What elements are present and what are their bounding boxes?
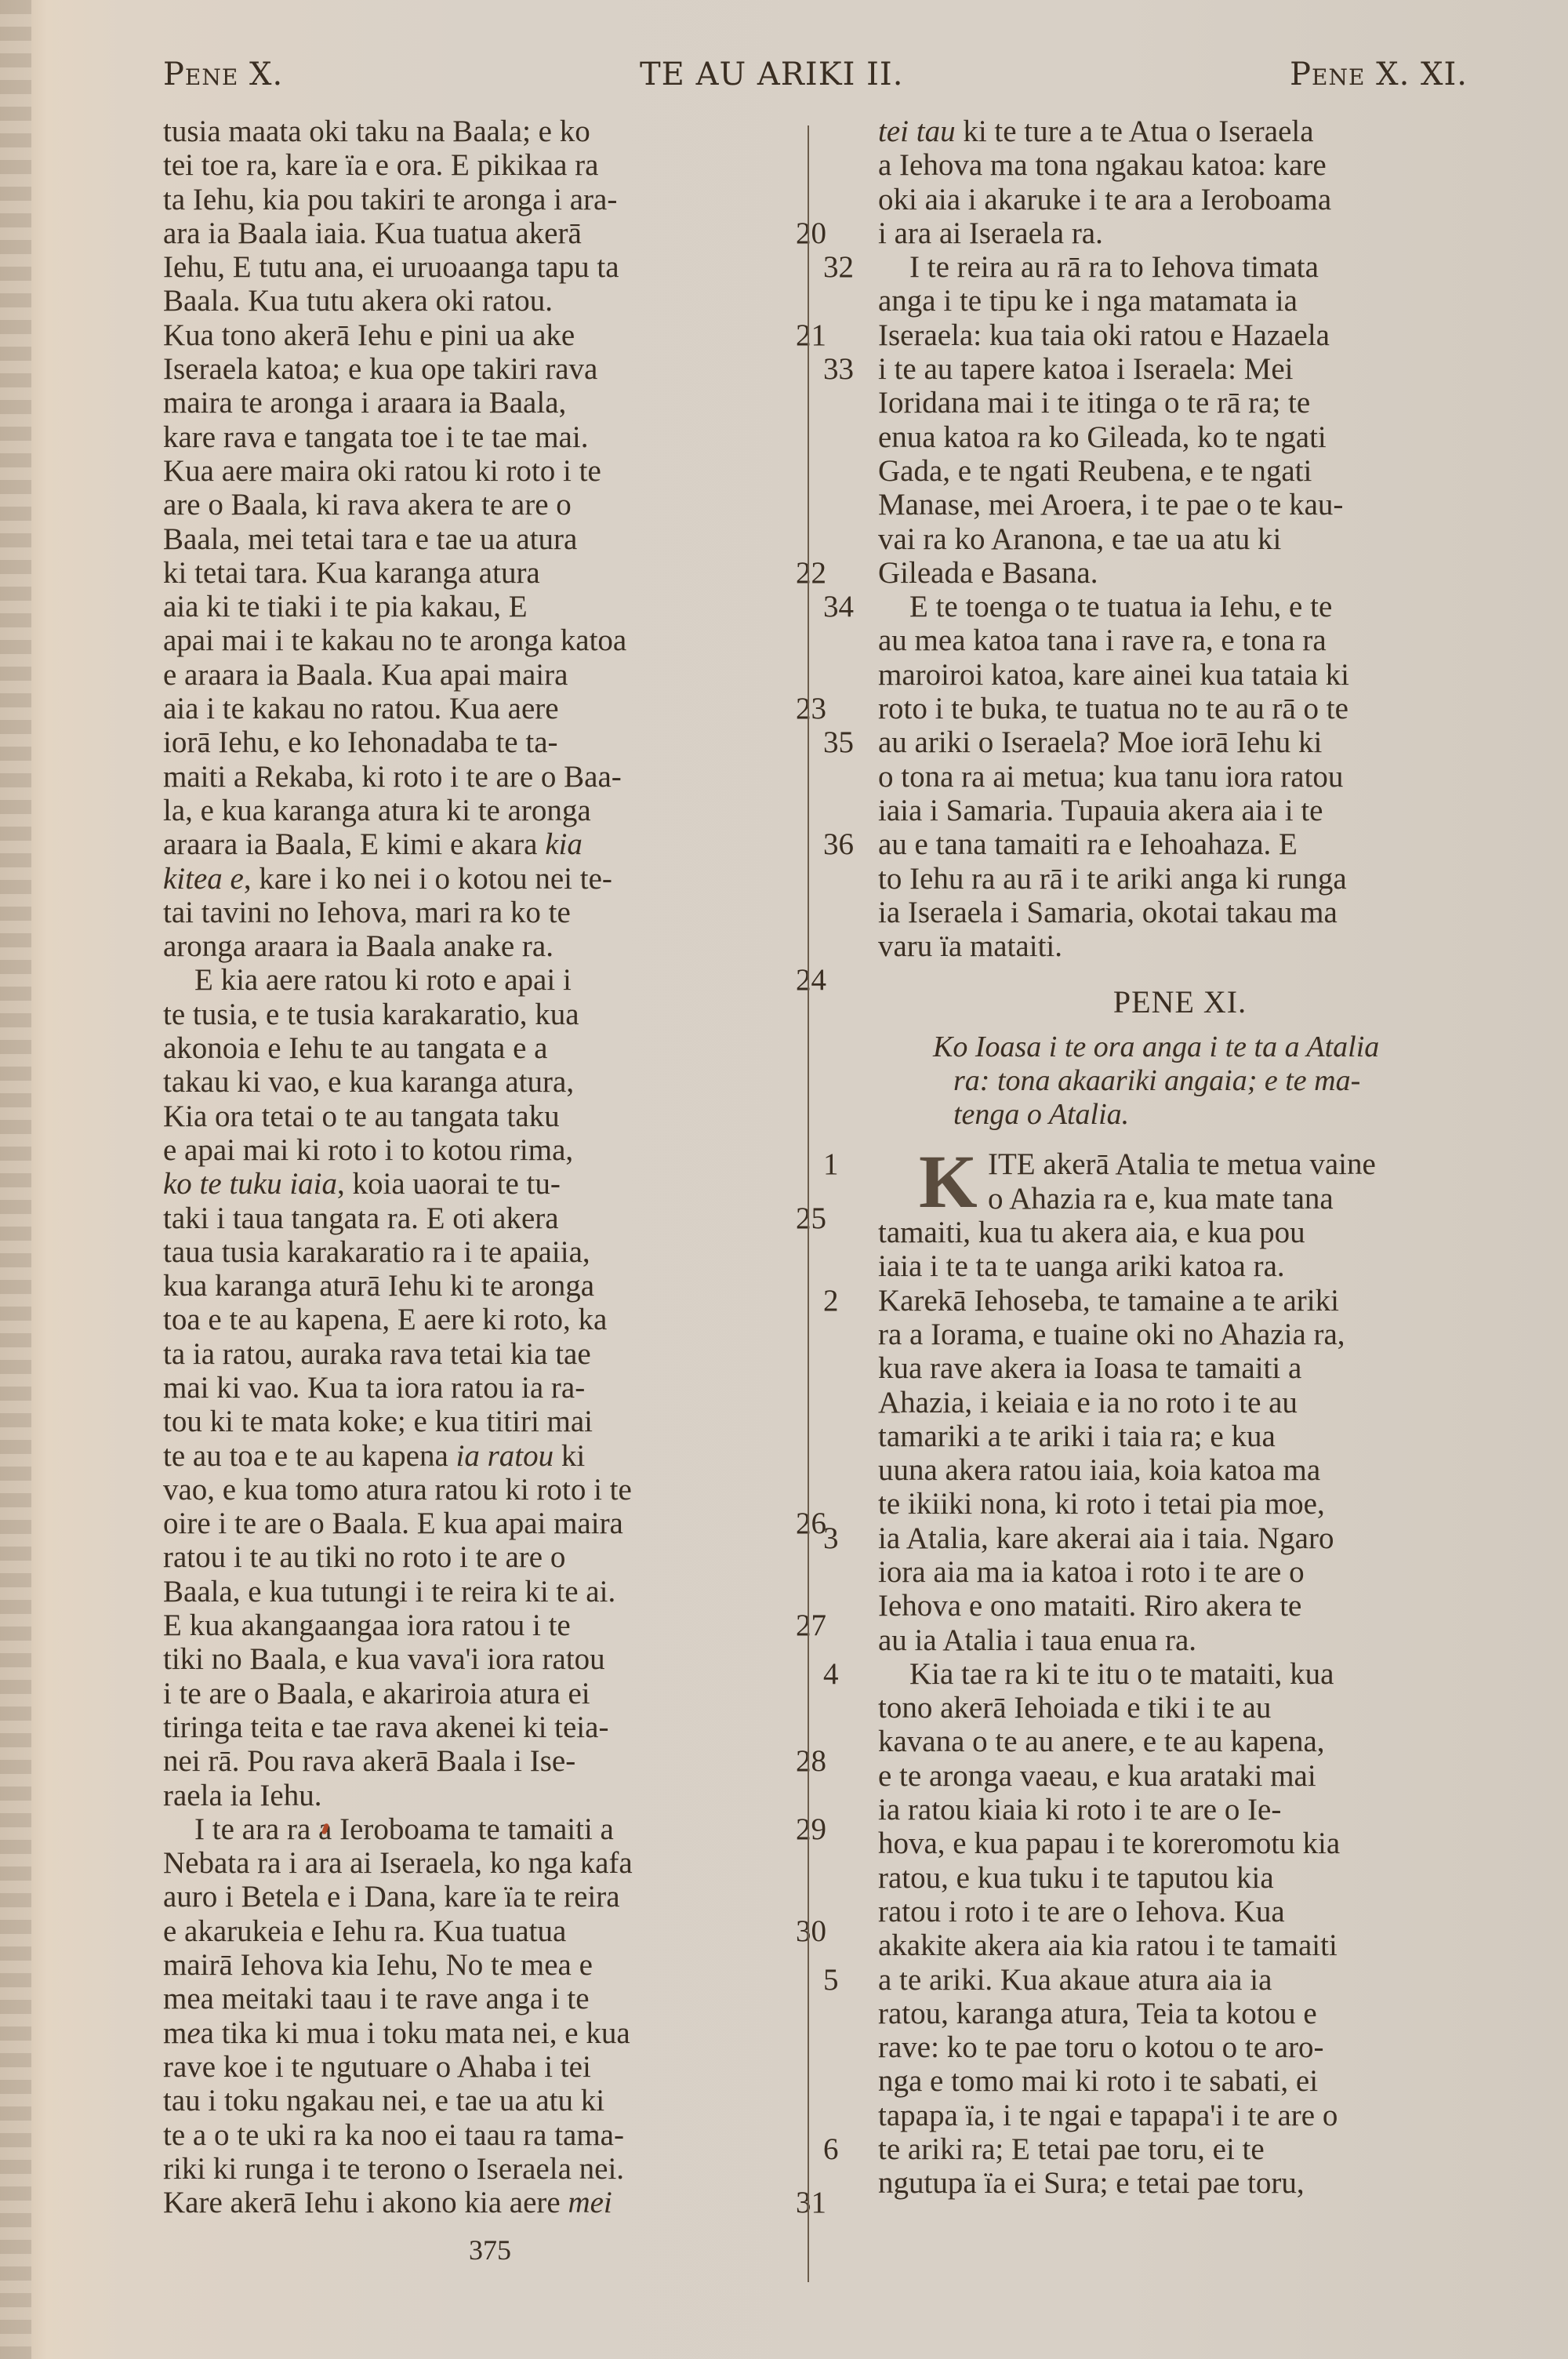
line-text: au ariki o Iseraela? Moe iorā Iehu ki — [878, 725, 1322, 759]
line-text: Gada, e te ngati Reubena, e te ngati — [878, 454, 1312, 488]
text-line: kua rave akera ia Ioasa te tamaiti a — [878, 1351, 1482, 1385]
text-line: mea meitaki taau i te rave anga i te — [163, 1982, 775, 2016]
line-text: i te au tapere katoa i Iseraela: Mei — [878, 352, 1293, 386]
line-text: nei rā. Pou rava akerā Baala i Ise- — [163, 1744, 575, 1778]
line-text: ta ia ratou, auraka rava tetai kia tae — [163, 1337, 591, 1371]
text-line: uuna akera ratou iaia, koia katoa ma — [878, 1453, 1482, 1487]
verse-number: 34 — [823, 590, 854, 623]
line-text: vao, e kua tomo atura ratou ki roto i te — [163, 1473, 632, 1507]
line-text: te ikiiki nona, ki roto i tetai pia moe, — [878, 1487, 1325, 1521]
text-line: ITE akerā Atalia te metua vaine1 — [878, 1147, 1482, 1181]
verse-number: 29 — [796, 1812, 826, 1846]
line-text: anga i te tipu ke i nga matamata ia — [878, 284, 1298, 318]
text-line: Gileada e Basana. — [878, 556, 1482, 590]
line-text: mai ki vao. Kua ta iora ratou ia ra- — [163, 1371, 585, 1405]
book-page: Pene X. TE AU ARIKI II. Pene X. XI. tusi… — [0, 0, 1568, 2359]
text-line: ko te tuku iaia, koia uaorai te tu- — [163, 1167, 775, 1201]
text-line: auro i Betela e i Dana, kare ïa te reira — [163, 1880, 775, 1914]
text-line: la, e kua karanga atura ki te aronga — [163, 794, 775, 827]
line-text: tapapa ïa, i te ngai e tapapa'i i te are… — [878, 2099, 1338, 2132]
text-line: Kare akerā Iehu i akono kia aere mei31 — [163, 2186, 775, 2219]
line-text: e araara ia Baala. Kua apai maira — [163, 658, 568, 692]
line-text: iora aia ma ia katoa i roto i te are o — [878, 1555, 1305, 1589]
line-text: akonoia e Iehu te au tangata e a — [163, 1031, 548, 1065]
line-text: ratou, e kua tuku i te taputou kia — [878, 1861, 1274, 1895]
summary-line: tenga o Atalia. — [933, 1098, 1482, 1132]
line-text: e akarukeia e Iehu ra. Kua tuatua — [163, 1914, 566, 1948]
line-text: Karekā Iehoseba, te tamaine a te ariki — [878, 1284, 1339, 1318]
line-text: rave: ko te pae toru o kotou o te aro- — [878, 2030, 1324, 2064]
text-line: tei toe ra, kare ïa e ora. E pikikaa ra — [163, 148, 775, 182]
text-line: e apai mai ki roto i to kotou rima, — [163, 1133, 775, 1167]
line-text: nga e tomo mai ki roto i te sabati, ei — [878, 2064, 1318, 2098]
line-text: tono akerā Iehoiada e tiki i te au — [878, 1691, 1271, 1725]
text-line: Ahazia, i keiaia e ia no roto i te au — [878, 1386, 1482, 1419]
line-text: la, e kua karanga atura ki te aronga — [163, 794, 591, 827]
text-line: i te au tapere katoa i Iseraela: Mei33 — [878, 352, 1482, 386]
text-line: kavana o te au anere, e te au kapena, — [878, 1725, 1482, 1758]
verse-number: 2 — [823, 1284, 839, 1318]
line-text: te ariki ra; E tetai pae toru, ei te — [878, 2132, 1265, 2166]
verse-number: 33 — [823, 352, 854, 386]
text-line: ratou i te au tiki no roto i te are o — [163, 1540, 775, 1574]
text-line: tusia maata oki taku na Baala; e ko — [163, 114, 775, 148]
text-line: Baala. Kua tutu akera oki ratou. — [163, 284, 775, 318]
line-text: mea tika ki mua i toku mata nei, e kua — [163, 2016, 630, 2050]
text-line: Karekā Iehoseba, te tamaine a te ariki2 — [878, 1284, 1482, 1318]
text-line: tamaiti, kua tu akera aia, e kua pou — [878, 1216, 1482, 1249]
text-line: E te toenga o te tuatua ia Iehu, e te34 — [878, 590, 1482, 623]
text-line: Nebata ra i ara ai Iseraela, ko nga kafa — [163, 1846, 775, 1880]
text-line: Iseraela: kua taia oki ratou e Hazaela — [878, 318, 1482, 352]
text-line: Kua aere maira oki ratou ki roto i te — [163, 454, 775, 488]
text-line: kitea e, kare i ko nei i o kotou nei te- — [163, 862, 775, 896]
text-line: Iehova e ono mataiti. Riro akera te — [878, 1589, 1482, 1623]
line-text: Ahazia, i keiaia e ia no roto i te au — [878, 1386, 1298, 1419]
text-line: aia i te kakau no ratou. Kua aere23 — [163, 692, 775, 725]
text-line: I te ara ra a Ieroboama te tamaiti a29 — [163, 1812, 775, 1846]
text-line: I te reira au rā ra to Iehova timata32 — [878, 250, 1482, 284]
text-line: te ikiiki nona, ki roto i tetai pia moe, — [878, 1487, 1482, 1521]
text-line: kua karanga aturā Iehu ki te aronga — [163, 1269, 775, 1303]
line-text: auro i Betela e i Dana, kare ïa te reira — [163, 1880, 620, 1914]
text-line: akakite akera aia kia ratou i te tamaiti — [878, 1928, 1482, 1962]
line-text: au mea katoa tana i rave ra, e tona ra — [878, 623, 1327, 657]
line-text: tai tavini no Iehova, mari ra ko te — [163, 896, 571, 929]
chapter-10-end: tei tau ki te ture a te Atua o Iseraelaa… — [878, 114, 1482, 963]
line-text: oki aia i akaruke i te ara a Ieroboama — [878, 183, 1331, 216]
text-line: kare rava e tangata toe i te tae mai. — [163, 420, 775, 454]
line-text: Iehu, E tutu ana, ei uruoaanga tapu ta — [163, 250, 619, 284]
text-line: tapapa ïa, i te ngai e tapapa'i i te are… — [878, 2099, 1482, 2132]
text-line: tai tavini no Iehova, mari ra ko te — [163, 896, 775, 929]
text-line: vai ra ko Aranona, e tae ua atu ki — [878, 522, 1482, 556]
line-text: Iehova e ono mataiti. Riro akera te — [878, 1589, 1301, 1623]
line-text: ta Iehu, kia pou takiri te aronga i ara- — [163, 183, 617, 216]
verse-number: 3 — [823, 1521, 839, 1555]
text-line: oki aia i akaruke i te ara a Ieroboama — [878, 183, 1482, 216]
line-text: ia ratou kiaia ki roto i te are o Ie- — [878, 1793, 1281, 1826]
line-text: taki i taua tangata ra. E oti akera — [163, 1201, 559, 1235]
line-text: E te toenga o te tuatua ia Iehu, e te — [909, 590, 1332, 623]
column-divider-rule — [808, 125, 809, 2282]
running-head-right: Pene X. XI. — [1290, 56, 1468, 93]
verse-number: 35 — [823, 725, 854, 759]
line-text: Baala, mei tetai tara e tae ua atura — [163, 522, 577, 556]
line-text: uuna akera ratou iaia, koia katoa ma — [878, 1453, 1320, 1487]
text-line: ia Iseraela i Samaria, okotai takau ma — [878, 896, 1482, 929]
line-text: a te ariki. Kua akaue atura aia ia — [878, 1963, 1272, 1997]
text-line: a Iehova ma tona ngakau katoa: kare — [878, 148, 1482, 182]
text-line: maroiroi katoa, kare ainei kua tataia ki — [878, 658, 1482, 692]
line-text: maroiroi katoa, kare ainei kua tataia ki — [878, 658, 1349, 692]
line-text: ngutupa ïa ei Sura; e tetai pae toru, — [878, 2166, 1305, 2200]
text-line: au ariki o Iseraela? Moe iorā Iehu ki35 — [878, 725, 1482, 759]
text-line: o tona ra ai metua; kua tanu iora ratou — [878, 760, 1482, 794]
text-line: ta Iehu, kia pou takiri te aronga i ara- — [163, 183, 775, 216]
verse-number: 6 — [823, 2132, 839, 2166]
line-text: te tusia, e te tusia karakaratio, kua — [163, 998, 579, 1031]
page-number: 375 — [469, 2234, 511, 2266]
line-text: Iseraela: kua taia oki ratou e Hazaela — [878, 318, 1330, 352]
chapter-title: PENE XI. — [878, 980, 1482, 1024]
line-text: mea meitaki taau i te rave anga i te — [163, 1982, 590, 2016]
line-text: rave koe i te ngutuare o Ahaba i tei — [163, 2050, 591, 2084]
line-text: o Ahazia ra e, kua mate tana — [988, 1182, 1334, 1216]
line-text: au e tana tamaiti ra e Iehoahaza. E — [878, 827, 1298, 861]
text-line: au e tana tamaiti ra e Iehoahaza. E36 — [878, 827, 1482, 861]
text-line: aronga araara ia Baala anake ra. — [163, 929, 775, 963]
text-line: i te are o Baala, e akariroia atura ei — [163, 1677, 775, 1710]
chapter-11-start: K ITE akerā Atalia te metua vaine1o Ahaz… — [878, 1147, 1482, 2200]
line-text: tau i toku ngakau nei, e tae ua atu ki — [163, 2084, 604, 2117]
text-line: iaia i Samaria. Tupauia akera aia i te — [878, 794, 1482, 827]
verse-number: 28 — [796, 1744, 826, 1778]
text-line: mea tika ki mua i toku mata nei, e kua — [163, 2016, 775, 2050]
line-text: tiringa teita e tae rava akenei ki teia- — [163, 1710, 608, 1744]
text-line: mai ki vao. Kua ta iora ratou ia ra- — [163, 1371, 775, 1405]
text-line: riki ki runga i te terono o Iseraela nei… — [163, 2152, 775, 2186]
line-text: a Iehova ma tona ngakau katoa: kare — [878, 148, 1327, 182]
text-line: taua tusia karakaratio ra i te apaiia, — [163, 1235, 775, 1269]
line-text: Ioridana mai i te itinga o te rā ra; te — [878, 386, 1310, 420]
text-line: e te aronga vaeau, e kua arataki mai — [878, 1759, 1482, 1793]
text-line: i ara ai Iseraela ra. — [878, 216, 1482, 250]
line-text: ITE akerā Atalia te metua vaine — [988, 1147, 1376, 1181]
verse-number: 5 — [823, 1963, 839, 1997]
text-line: ara ia Baala iaia. Kua tuatua akerā20 — [163, 216, 775, 250]
text-line: ratou, e kua tuku i te taputou kia — [878, 1861, 1482, 1895]
line-text: ra a Iorama, e tuaine oki no Ahazia ra, — [878, 1318, 1345, 1351]
line-text: tusia maata oki taku na Baala; e ko — [163, 114, 590, 148]
text-line: Iseraela katoa; e kua ope takiri rava — [163, 352, 775, 386]
text-line: roto i te buka, te tuatua no te au rā o … — [878, 692, 1482, 725]
line-text: mairā Iehova kia Iehu, No te mea e — [163, 1948, 593, 1982]
line-text: tiki no Baala, e kua vava'i iora ratou — [163, 1642, 605, 1676]
text-line: hova, e kua papau i te koreromotu kia — [878, 1826, 1482, 1860]
line-text: kavana o te au anere, e te au kapena, — [878, 1725, 1325, 1758]
line-text: ara ia Baala iaia. Kua tuatua akerā — [163, 216, 582, 250]
chapter-summary: Ko Ioasa i te ora anga i te ta a Ataliar… — [878, 1030, 1482, 1132]
line-text: te a o te uki ra ka noo ei taau ra tama- — [163, 2118, 624, 2152]
line-text: kua karanga aturā Iehu ki te aronga — [163, 1269, 594, 1303]
text-line: anga i te tipu ke i nga matamata ia — [878, 284, 1482, 318]
text-line: rave: ko te pae toru o kotou o te aro- — [878, 2030, 1482, 2064]
verse-number: 36 — [823, 827, 854, 861]
line-text: I te reira au rā ra to Iehova timata — [909, 250, 1319, 284]
verse-number: 23 — [796, 692, 826, 725]
line-text: aronga araara ia Baala anake ra. — [163, 929, 554, 963]
text-line: te tusia, e te tusia karakaratio, kua — [163, 998, 775, 1031]
text-line: raela ia Iehu. — [163, 1779, 775, 1812]
verse-number: 32 — [823, 250, 854, 284]
line-text: Kare akerā Iehu i akono kia aere mei — [163, 2186, 612, 2219]
text-line: ratou i roto i te are o Iehova. Kua — [878, 1895, 1482, 1928]
line-text: I te ara ra a Ieroboama te tamaiti a — [194, 1812, 614, 1846]
verse-number: 1 — [823, 1147, 839, 1181]
line-text: Manase, mei Aroera, i te pae o te kau- — [878, 488, 1343, 522]
line-text: Baala. Kua tutu akera oki ratou. — [163, 284, 553, 318]
line-text: i te are o Baala, e akariroia atura ei — [163, 1677, 590, 1710]
line-text: roto i te buka, te tuatua no te au rā o … — [878, 692, 1348, 725]
verse-number: 4 — [823, 1657, 839, 1691]
line-text: ratou i te au tiki no roto i te are o — [163, 1540, 565, 1574]
running-head-title: TE AU ARIKI II. — [640, 56, 903, 93]
text-line: o Ahazia ra e, kua mate tana — [878, 1182, 1482, 1216]
verse-number: 25 — [796, 1201, 826, 1235]
text-line: tiringa teita e tae rava akenei ki teia- — [163, 1710, 775, 1744]
text-line: rave koe i te ngutuare o Ahaba i tei — [163, 2050, 775, 2084]
text-line: oire i te are o Baala. E kua apai maira2… — [163, 1507, 775, 1540]
summary-line: ra: tona akaariki angaia; e te ma- — [933, 1064, 1482, 1098]
text-line: iaia i te ta te uanga ariki katoa ra. — [878, 1249, 1482, 1283]
line-text: tei tau ki te ture a te Atua o Iseraela — [878, 114, 1314, 148]
line-text: taua tusia karakaratio ra i te apaiia, — [163, 1235, 590, 1269]
line-text: E kia aere ratou ki roto e apai i — [194, 963, 572, 997]
text-line: vao, e kua tomo atura ratou ki roto i te — [163, 1473, 775, 1507]
text-line: enua katoa ra ko Gileada, ko te ngati — [878, 420, 1482, 454]
right-column: tei tau ki te ture a te Atua o Iseraelaa… — [878, 114, 1482, 2201]
text-line: Baala, e kua tutungi i te reira ki te ai… — [163, 1575, 775, 1608]
text-line: nga e tomo mai ki roto i te sabati, ei — [878, 2064, 1482, 2098]
line-text: vai ra ko Aranona, e tae ua atu ki — [878, 522, 1281, 556]
line-text: ratou, karanga atura, Teia ta kotou e — [878, 1997, 1317, 2030]
text-line: E kua akangaangaa iora ratou i te27 — [163, 1608, 775, 1642]
text-line: ngutupa ïa ei Sura; e tetai pae toru, — [878, 2166, 1482, 2200]
line-text: aia i te kakau no ratou. Kua aere — [163, 692, 559, 725]
text-line: tau i toku ngakau nei, e tae ua atu ki — [163, 2084, 775, 2117]
line-text: hova, e kua papau i te koreromotu kia — [878, 1826, 1340, 1860]
line-text: iaia i Samaria. Tupauia akera aia i te — [878, 794, 1323, 827]
text-line: Kia tae ra ki te itu o te mataiti, kua4 — [878, 1657, 1482, 1691]
text-line: Ioridana mai i te itinga o te rā ra; te — [878, 386, 1482, 420]
line-text: te au toa e te au kapena ia ratou ki — [163, 1439, 585, 1473]
text-line: e akarukeia e Iehu ra. Kua tuatua30 — [163, 1914, 775, 1948]
text-line: tiki no Baala, e kua vava'i iora ratou — [163, 1642, 775, 1676]
line-text: Kua aere maira oki ratou ki roto i te — [163, 454, 601, 488]
text-line: au mea katoa tana i rave ra, e tona ra — [878, 623, 1482, 657]
line-text: ratou i roto i te are o Iehova. Kua — [878, 1895, 1285, 1928]
text-line: E kia aere ratou ki roto e apai i24 — [163, 963, 775, 997]
line-text: iorā Iehu, e ko Iehonadaba te ta- — [163, 725, 558, 759]
line-text: ko te tuku iaia, koia uaorai te tu- — [163, 1167, 561, 1201]
text-line: ta ia ratou, auraka rava tetai kia tae — [163, 1337, 775, 1371]
line-text: au ia Atalia i taua enua ra. — [878, 1623, 1196, 1657]
text-line: taki i taua tangata ra. E oti akera25 — [163, 1201, 775, 1235]
text-line: are o Baala, ki rava akera te are o — [163, 488, 775, 522]
line-text: aia ki te tiaki i te pia kakau, E — [163, 590, 528, 623]
text-line: to Iehu ra au rā i te ariki anga ki rung… — [878, 862, 1482, 896]
line-text: araara ia Baala, E kimi e akara kia — [163, 827, 583, 861]
text-line: nei rā. Pou rava akerā Baala i Ise-28 — [163, 1744, 775, 1778]
text-line: Manase, mei Aroera, i te pae o te kau- — [878, 488, 1482, 522]
text-line: takau ki vao, e kua karanga atura, — [163, 1065, 775, 1099]
text-line: te au toa e te au kapena ia ratou ki — [163, 1439, 775, 1473]
text-line: Kia ora tetai o te au tangata taku — [163, 1100, 775, 1133]
text-line: maira te aronga i araara ia Baala, — [163, 386, 775, 420]
verse-number: 30 — [796, 1914, 826, 1948]
line-text: o tona ra ai metua; kua tanu iora ratou — [878, 760, 1343, 794]
line-text: ia Atalia, kare akerai aia i taia. Ngaro — [878, 1521, 1334, 1555]
line-text: tamariki a te ariki i taia ra; e kua — [878, 1419, 1276, 1453]
line-text: ia Iseraela i Samaria, okotai takau ma — [878, 896, 1338, 929]
line-text: Iseraela katoa; e kua ope takiri rava — [163, 352, 597, 386]
verse-number: 21 — [796, 318, 826, 352]
text-line: tono akerā Iehoiada e tiki i te au — [878, 1691, 1482, 1725]
line-text: toa e te au kapena, E aere ki roto, ka — [163, 1303, 607, 1336]
verse-number: 26 — [796, 1507, 826, 1540]
running-head-left: Pene X. — [163, 56, 283, 93]
line-text: kare rava e tangata toe i te tae mai. — [163, 420, 588, 454]
line-text: riki ki runga i te terono o Iseraela nei… — [163, 2152, 624, 2186]
text-line: toa e te au kapena, E aere ki roto, ka — [163, 1303, 775, 1336]
text-line: iora aia ma ia katoa i roto i te are o — [878, 1555, 1482, 1589]
line-text: i ara ai Iseraela ra. — [878, 216, 1103, 250]
line-text: akakite akera aia kia ratou i te tamaiti — [878, 1928, 1338, 1962]
line-text: are o Baala, ki rava akera te are o — [163, 488, 572, 522]
text-line: e araara ia Baala. Kua apai maira — [163, 658, 775, 692]
line-text: tou ki te mata koke; e kua titiri mai — [163, 1405, 593, 1438]
line-text: kitea e, kare i ko nei i o kotou nei te- — [163, 862, 612, 896]
line-text: E kua akangaangaa iora ratou i te — [163, 1608, 571, 1642]
line-text: Kua tono akerā Iehu e pini ua ake — [163, 318, 575, 352]
line-text: maiti a Rekaba, ki roto i te are o Baa- — [163, 760, 622, 794]
text-line: ra a Iorama, e tuaine oki no Ahazia ra, — [878, 1318, 1482, 1351]
text-line: tei tau ki te ture a te Atua o Iseraela — [878, 114, 1482, 148]
text-line: varu ïa mataiti. — [878, 929, 1482, 963]
text-line: ia Atalia, kare akerai aia i taia. Ngaro… — [878, 1521, 1482, 1555]
text-line: te a o te uki ra ka noo ei taau ra tama- — [163, 2118, 775, 2152]
line-text: iaia i te ta te uanga ariki katoa ra. — [878, 1249, 1285, 1283]
line-text: oire i te are o Baala. E kua apai maira — [163, 1507, 623, 1540]
text-line: apai mai i te kakau no te aronga katoa — [163, 623, 775, 657]
verse-number: 20 — [796, 216, 826, 250]
line-text: ki tetai tara. Kua karanga atura — [163, 556, 540, 590]
verse-number: 24 — [796, 963, 826, 997]
text-line: akonoia e Iehu te au tangata e a — [163, 1031, 775, 1065]
line-text: maira te aronga i araara ia Baala, — [163, 386, 566, 420]
text-line: araara ia Baala, E kimi e akara kia — [163, 827, 775, 861]
line-text: varu ïa mataiti. — [878, 929, 1062, 963]
text-line: ki tetai tara. Kua karanga atura22 — [163, 556, 775, 590]
left-column: tusia maata oki taku na Baala; e kotei t… — [163, 114, 775, 2219]
running-head: Pene X. TE AU ARIKI II. Pene X. XI. — [163, 56, 1468, 104]
line-text: Baala, e kua tutungi i te reira ki te ai… — [163, 1575, 615, 1608]
line-text: e te aronga vaeau, e kua arataki mai — [878, 1759, 1316, 1793]
line-text: Kia ora tetai o te au tangata taku — [163, 1100, 560, 1133]
verse-number: 31 — [796, 2186, 826, 2219]
text-line: tamariki a te ariki i taia ra; e kua — [878, 1419, 1482, 1453]
summary-line: Ko Ioasa i te ora anga i te ta a Atalia — [933, 1030, 1482, 1064]
text-line: maiti a Rekaba, ki roto i te are o Baa- — [163, 760, 775, 794]
text-line: aia ki te tiaki i te pia kakau, E — [163, 590, 775, 623]
verse-number: 27 — [796, 1608, 826, 1642]
line-text: Nebata ra i ara ai Iseraela, ko nga kafa — [163, 1846, 633, 1880]
line-text: takau ki vao, e kua karanga atura, — [163, 1065, 574, 1099]
text-line: au ia Atalia i taua enua ra. — [878, 1623, 1482, 1657]
text-line: Iehu, E tutu ana, ei uruoaanga tapu ta — [163, 250, 775, 284]
text-line: Baala, mei tetai tara e tae ua atura — [163, 522, 775, 556]
text-line: ia ratou kiaia ki roto i te are o Ie- — [878, 1793, 1482, 1826]
line-text: Gileada e Basana. — [878, 556, 1098, 590]
previous-page-edge — [0, 0, 31, 2359]
line-text: tamaiti, kua tu akera aia, e kua pou — [878, 1216, 1305, 1249]
text-line: Gada, e te ngati Reubena, e te ngati — [878, 454, 1482, 488]
text-line: te ariki ra; E tetai pae toru, ei te6 — [878, 2132, 1482, 2166]
line-text: apai mai i te kakau no te aronga katoa — [163, 623, 626, 657]
line-text: kua rave akera ia Ioasa te tamaiti a — [878, 1351, 1301, 1385]
line-text: raela ia Iehu. — [163, 1779, 321, 1812]
text-line: mairā Iehova kia Iehu, No te mea e — [163, 1948, 775, 1982]
line-text: enua katoa ra ko Gileada, ko te ngati — [878, 420, 1327, 454]
verse-number: 22 — [796, 556, 826, 590]
text-line: a te ariki. Kua akaue atura aia ia5 — [878, 1963, 1482, 1997]
line-text: e apai mai ki roto i to kotou rima, — [163, 1133, 573, 1167]
text-line: tou ki te mata koke; e kua titiri mai — [163, 1405, 775, 1438]
text-line: ratou, karanga atura, Teia ta kotou e — [878, 1997, 1482, 2030]
text-line: Kua tono akerā Iehu e pini ua ake21 — [163, 318, 775, 352]
line-text: to Iehu ra au rā i te ariki anga ki rung… — [878, 862, 1347, 896]
text-line: iorā Iehu, e ko Iehonadaba te ta- — [163, 725, 775, 759]
line-text: tei toe ra, kare ïa e ora. E pikikaa ra — [163, 148, 598, 182]
line-text: Kia tae ra ki te itu o te mataiti, kua — [909, 1657, 1334, 1691]
